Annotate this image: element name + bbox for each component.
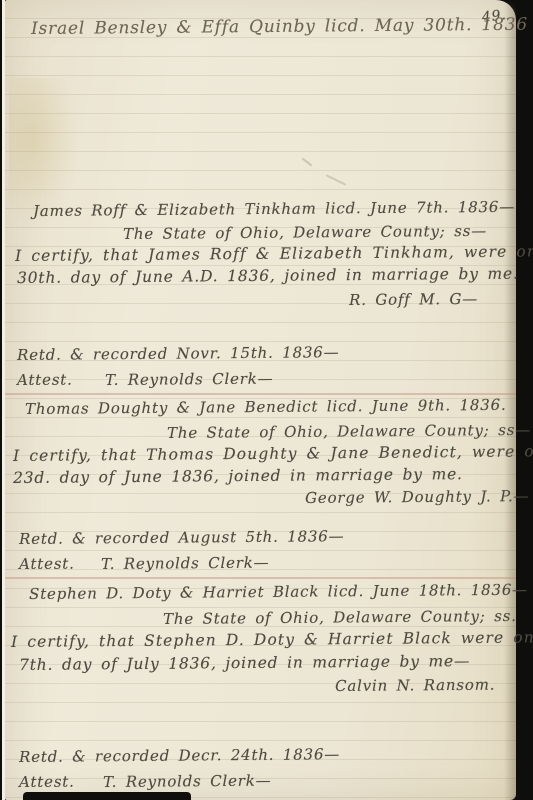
return-recorded-line: Retd. & recorded August 5th. 1836— (19, 528, 344, 548)
attest-label: Attest. (19, 556, 75, 574)
return-recorded-line: Retd. & recorded Novr. 15th. 1836— (17, 344, 339, 364)
separator-line (5, 393, 516, 395)
clerk-signature: T. Reynolds Clerk— (101, 555, 270, 574)
officiant-signature: George W. Doughty J. P.— (305, 488, 529, 507)
clerk-signature: T. Reynolds Clerk— (103, 773, 272, 792)
scanned-ledger-page: 49. Israel Bensley & Effa Quinby licd. M… (0, 0, 533, 800)
attest-label: Attest. (19, 774, 75, 792)
officiant-signature: R. Goff M. G— (349, 291, 478, 309)
clerk-signature: T. Reynolds Clerk— (105, 371, 274, 390)
return-recorded-line: Retd. & recorded Decr. 24th. 1836— (19, 746, 340, 766)
state-county-line: The State of Ohio, Delaware County; ss— (167, 422, 531, 442)
scan-edge-notch (23, 792, 191, 800)
state-county-line: The State of Ohio, Delaware County; ss— (123, 223, 487, 243)
officiant-signature: Calvin N. Ransom. (335, 677, 495, 696)
state-county-line: The State of Ohio, Delaware County; ss. (163, 608, 517, 628)
separator-line (5, 577, 516, 579)
ledger-paper: 49. Israel Bensley & Effa Quinby licd. M… (5, 0, 516, 800)
attest-label: Attest. (17, 372, 73, 390)
